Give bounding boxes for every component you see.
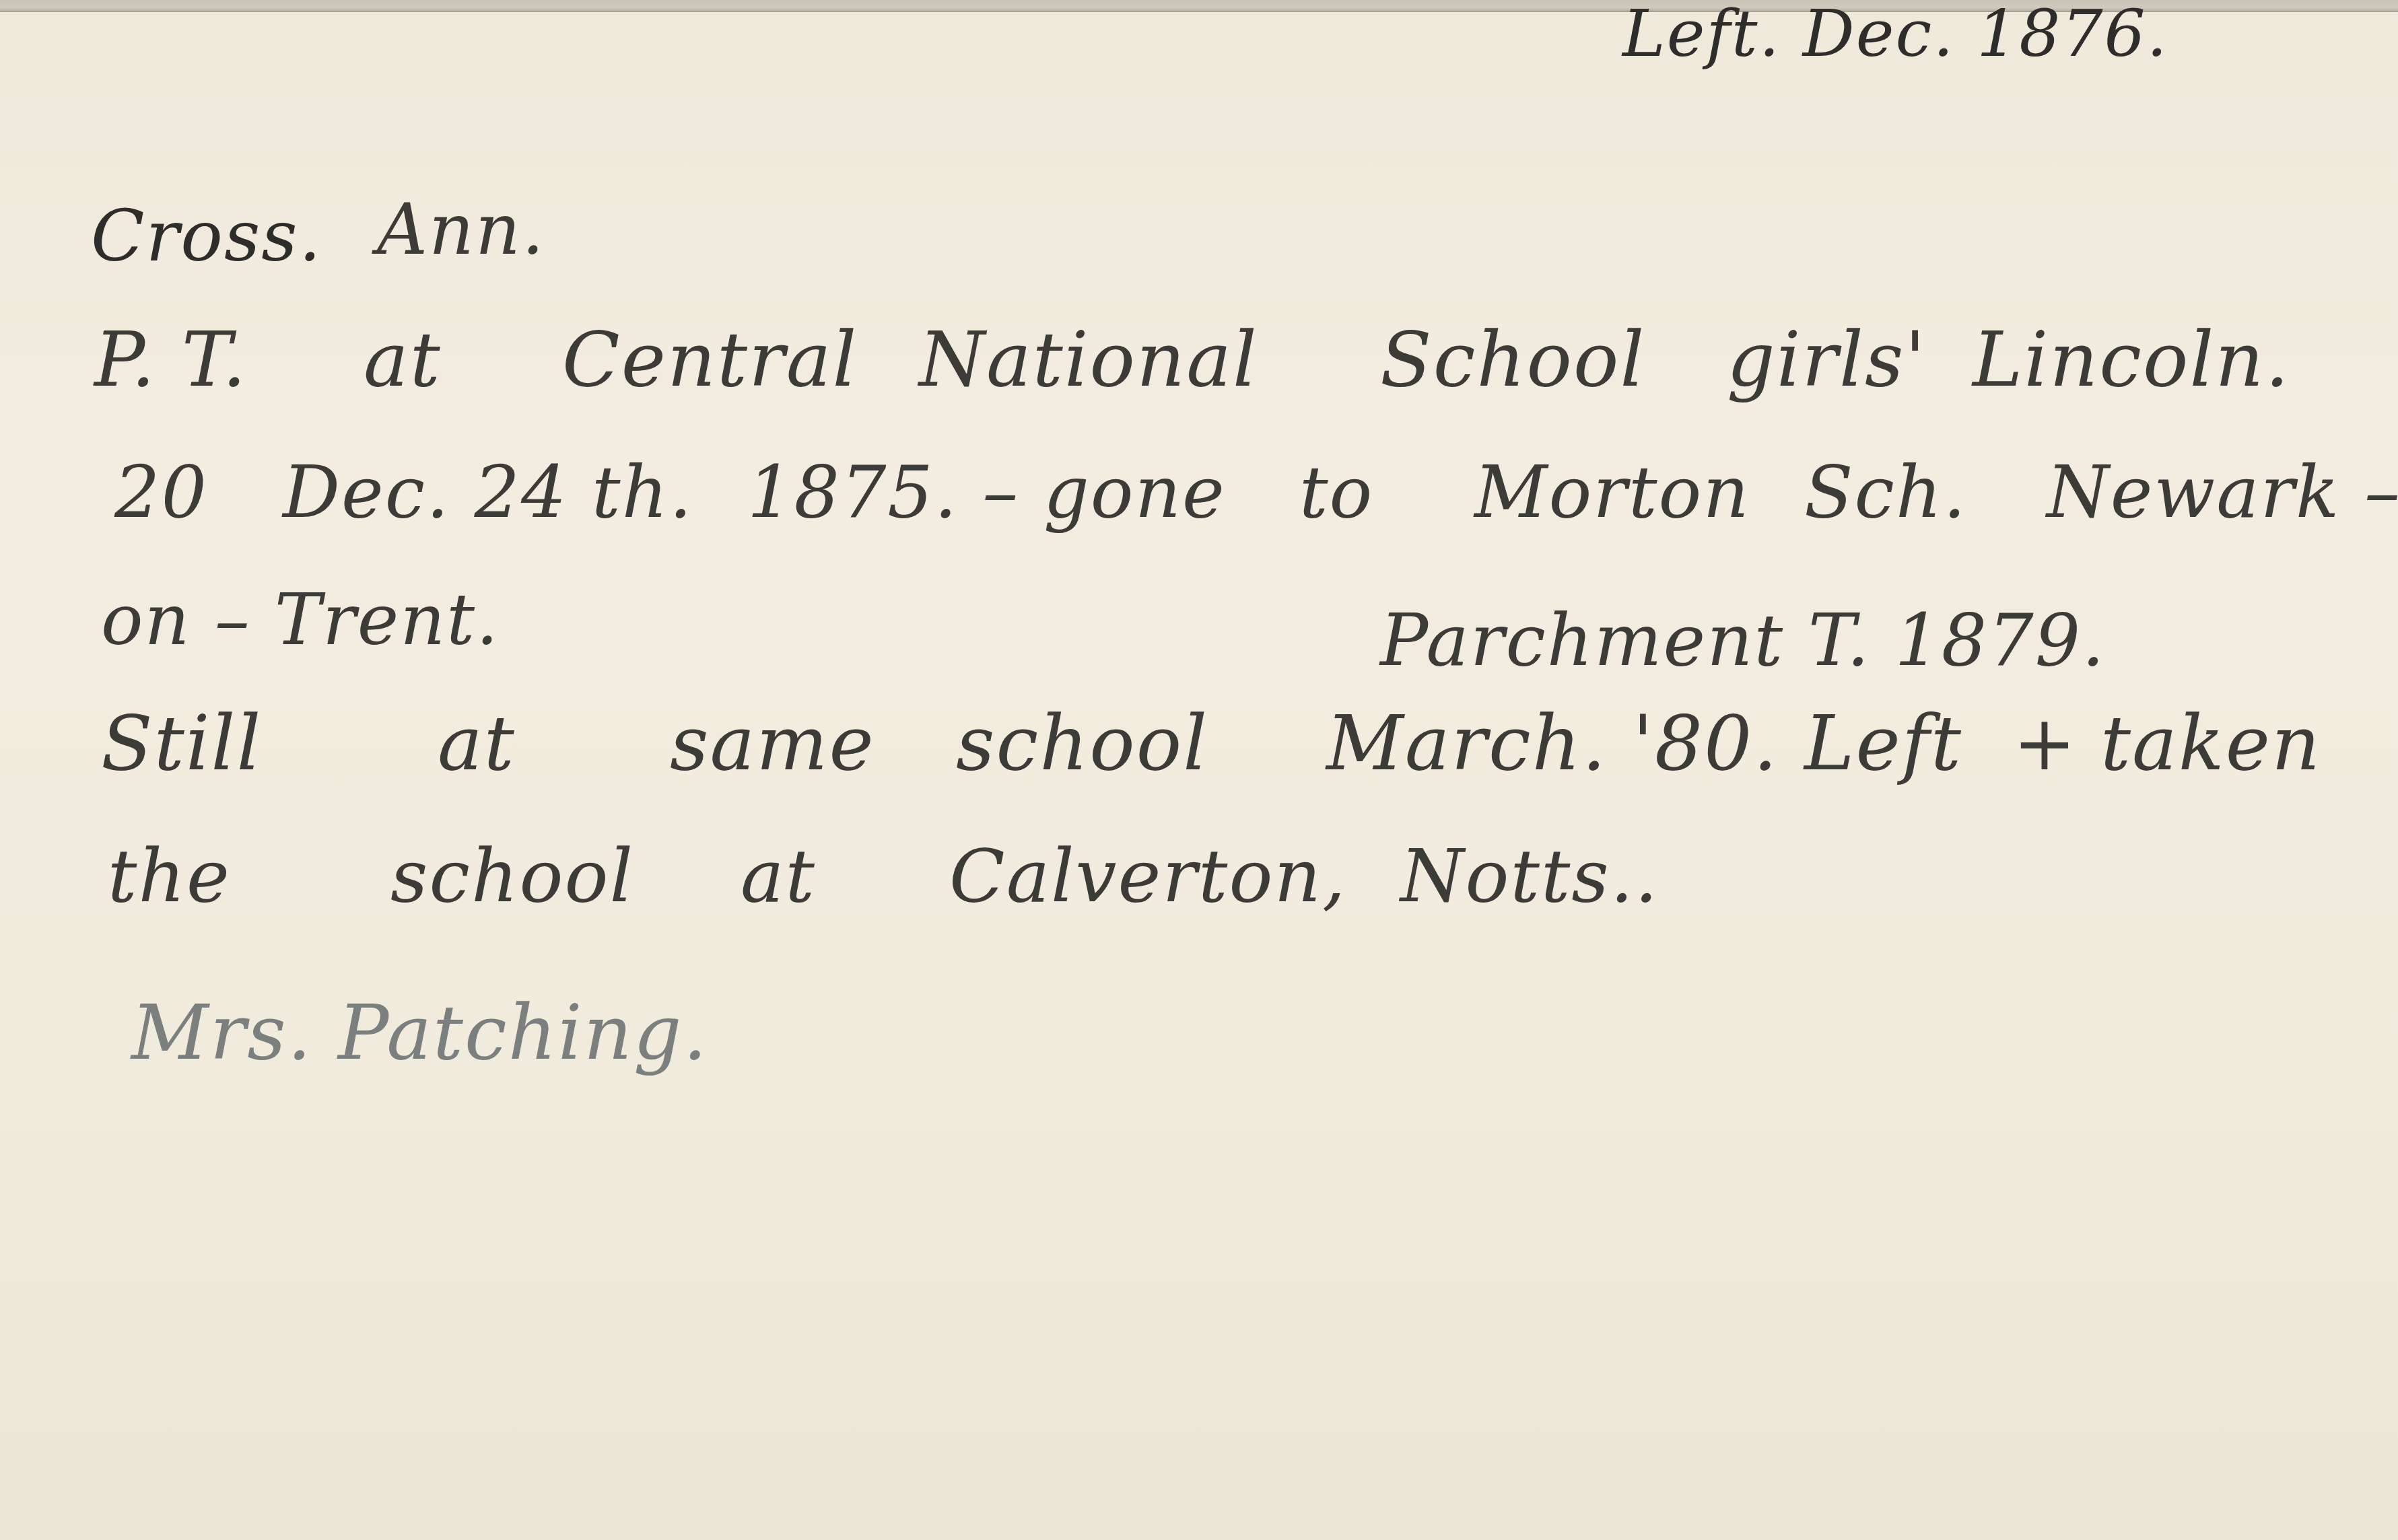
line-5-word: school [390, 835, 634, 919]
line-5-word: Calverton, [949, 835, 1346, 919]
line-4-word: + [2013, 700, 2078, 788]
line-4-word: Still [101, 700, 262, 788]
line-4-word: March. '80. [1326, 700, 1779, 788]
line-1-word: P. T. [94, 316, 248, 404]
surname: Cross. [91, 195, 322, 277]
line-2-word: Dec. 24 th. [283, 451, 693, 534]
line-4-word: same [670, 700, 875, 788]
line-5-word: Notts.. [1400, 835, 1659, 919]
line-2-word: 1875. – [747, 451, 1019, 534]
forename: Ann. [377, 188, 545, 271]
line-2-word: Morton [1474, 451, 1750, 534]
line-5-word: the [108, 835, 231, 919]
signature: Mrs. Patching. [131, 989, 708, 1077]
line-2-word: gone [1043, 451, 1226, 534]
parchment-note: Parchment T. 1879. [1380, 599, 2106, 682]
line-4-word: Left [1804, 700, 1962, 788]
line-2-word: 20 [114, 451, 208, 534]
line-1-word: Central [562, 316, 858, 404]
line-2-word: Sch. [1804, 451, 1967, 534]
line-4-word: at [438, 700, 516, 788]
record-card-page: Left. Dec. 1876. Cross. Ann. P. T. at Ce… [0, 0, 2398, 1540]
left-date-note: Left. Dec. 1876. [1622, 0, 2168, 71]
line-4-word: school [956, 700, 1208, 788]
line-2-word: to [1299, 451, 1373, 534]
line-3-word: on – Trent. [101, 579, 500, 661]
line-1-word: Lincoln. [1973, 316, 2290, 404]
line-1-word: girls' [1727, 316, 1927, 404]
line-5-word: at [741, 835, 816, 919]
line-1-word: National [919, 316, 1258, 404]
line-4-word: taken [2100, 700, 2321, 788]
line-2-word: Newark – [2047, 451, 2398, 534]
line-1-word: School [1380, 316, 1645, 404]
line-1-word: at [364, 316, 442, 404]
